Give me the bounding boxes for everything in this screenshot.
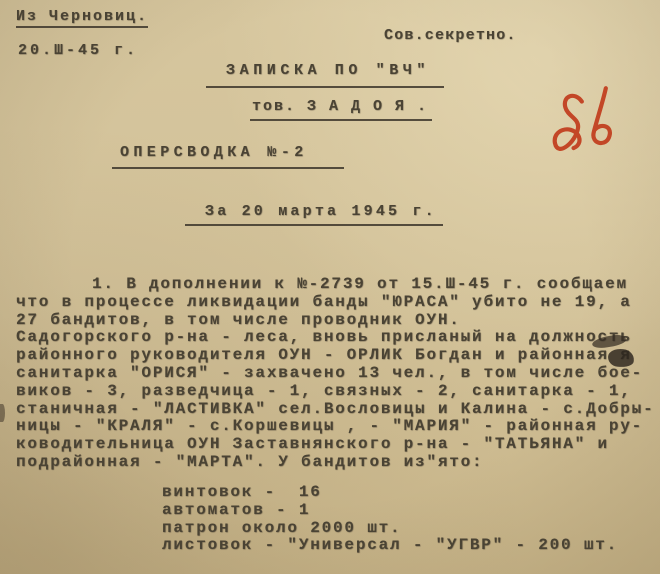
body-line: Садогорского р-на - леса, вновь присланы… — [16, 329, 655, 347]
body-line: 1. В дополнении к №-2739 от 15.Ш-45 г. с… — [92, 276, 655, 294]
edge-mark — [0, 404, 5, 422]
inventory-line: винтовок - 16 — [162, 484, 618, 502]
inventory-line: листовок - "Универсал - "УГВР" - 200 шт. — [162, 537, 618, 555]
body-line: виков - 3, разведчица - 1, связных - 2, … — [16, 383, 655, 401]
body-line: подрайонная - "МАРТА". У бандитов из"ято… — [16, 454, 655, 472]
origin-date-line: 20.Ш-45 г. — [18, 42, 138, 59]
body-line: станичная - "ЛАСТИВКА" сел.Вословицы и К… — [16, 401, 655, 419]
document-page: Из Черновиц. 20.Ш-45 г. Сов.секретно. ЗА… — [0, 0, 660, 574]
document-title: ЗАПИСКА ПО "ВЧ" — [206, 62, 444, 88]
red-digit-8 — [554, 95, 582, 150]
handwritten-page-number — [549, 80, 625, 177]
red-digit-6 — [593, 88, 613, 144]
summary-date-heading: За 20 марта 1945 г. — [185, 203, 443, 226]
summary-heading: ОПЕРСВОДКА №-2 — [112, 144, 344, 169]
body-line: санитарка "ОРИСЯ" - захвачено 13 чел., в… — [16, 365, 655, 383]
body-line: ницы - "КРАЛЯ" - с.Коршевицы , - "МАРИЯ"… — [16, 418, 655, 436]
origin-line: Из Черновиц. — [16, 8, 148, 28]
inventory-line: патрон около 2000 шт. — [162, 520, 618, 538]
inventory-list: винтовок - 16 автоматов - 1 патрон около… — [162, 484, 618, 555]
body-line: ководительница ОУН Заставнянского р-на -… — [16, 436, 655, 454]
body-line: что в процессе ликвидации банды "ЮРАСА" … — [16, 294, 655, 312]
body-line: 27 бандитов, в том числе проводник ОУН. — [16, 312, 655, 330]
inventory-line: автоматов - 1 — [162, 502, 618, 520]
classification-stamp: Сов.секретно. — [384, 27, 517, 44]
body-paragraph: 1. В дополнении к №-2739 от 15.Ш-45 г. с… — [16, 276, 655, 472]
body-line: районного руководителя ОУН - ОРЛИК Богда… — [16, 347, 655, 365]
addressee-line: тов. З А Д О Я . — [250, 98, 432, 121]
